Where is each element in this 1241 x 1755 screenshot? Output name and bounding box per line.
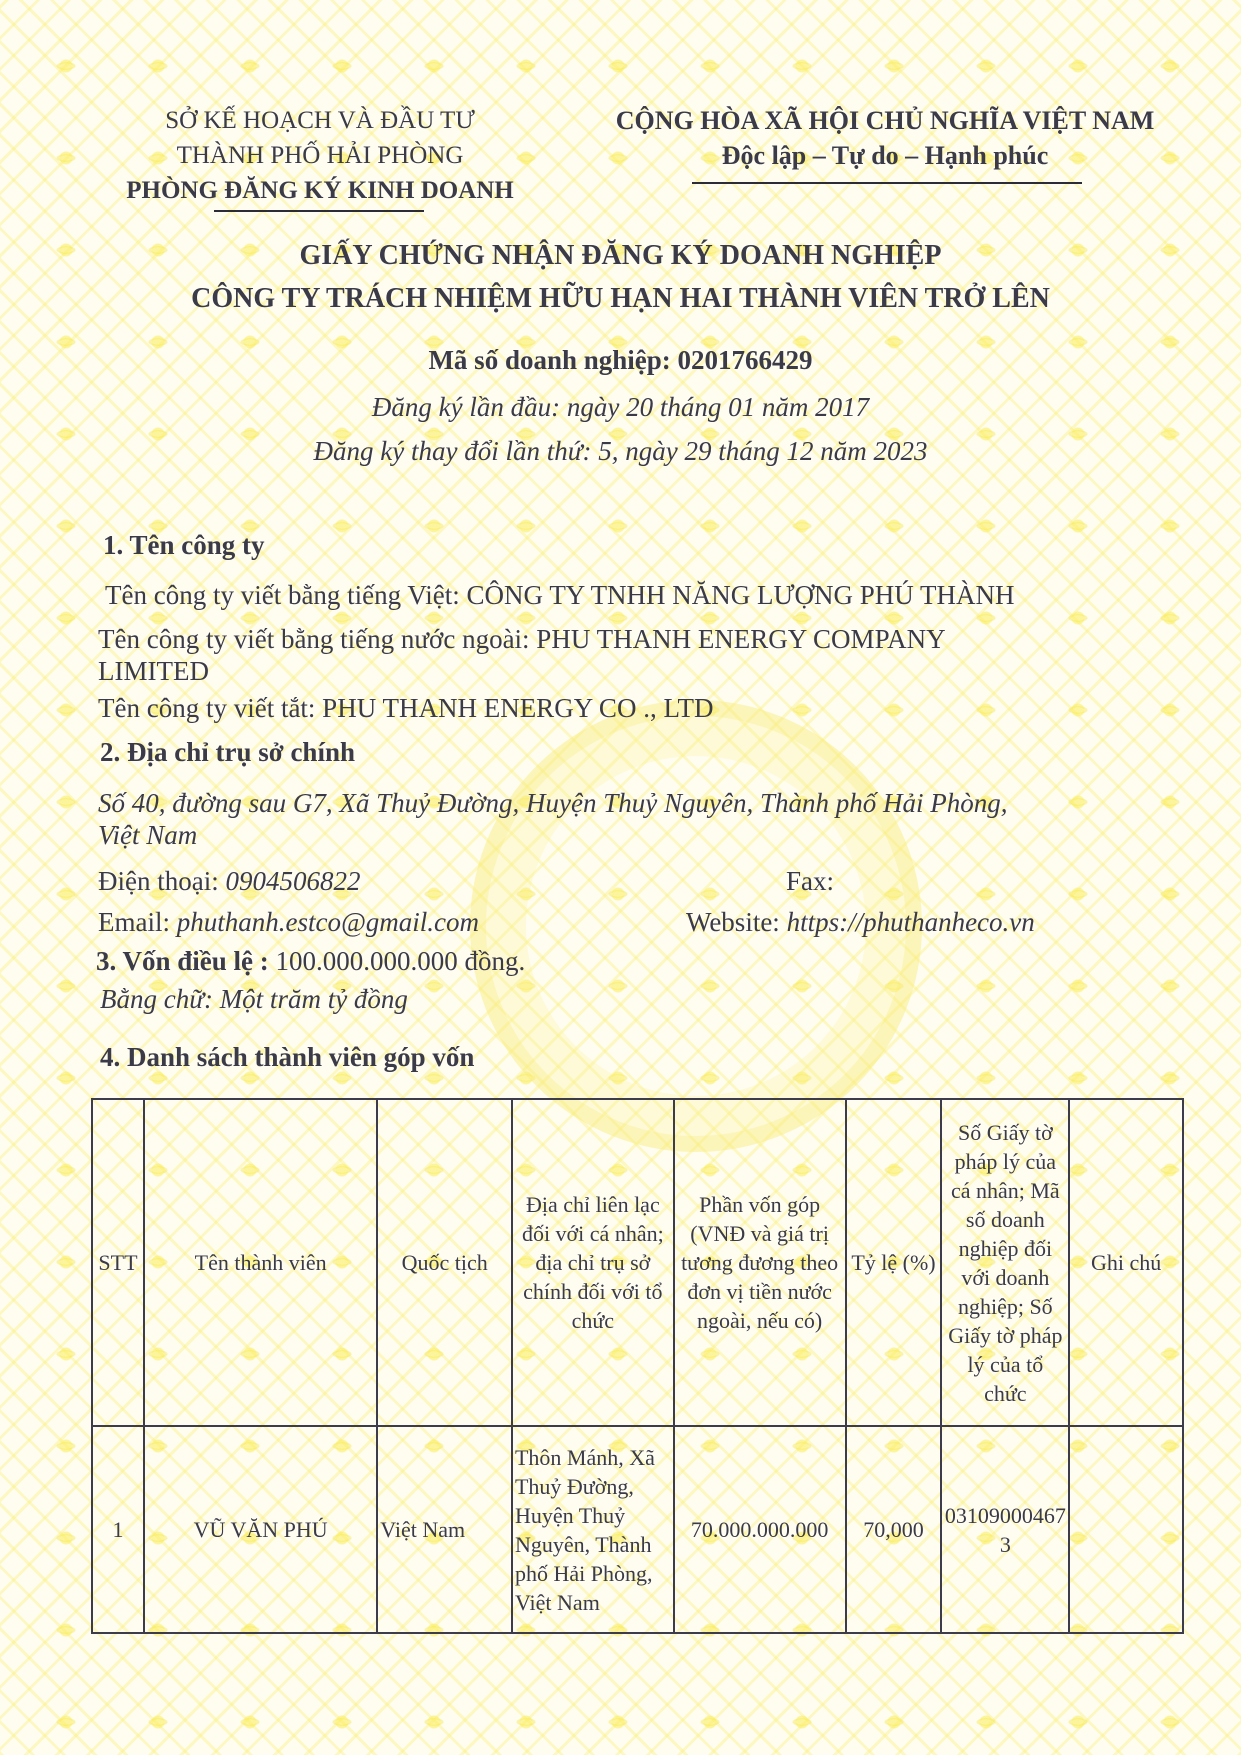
document-title: GIẤY CHỨNG NHẬN ĐĂNG KÝ DOANH NGHIỆP (0, 240, 1241, 272)
company-name-foreign: Tên công ty viết bằng tiếng nước ngoài: … (98, 624, 946, 655)
company-name-vietnamese: Tên công ty viết bằng tiếng Việt: CÔNG T… (105, 580, 1015, 611)
member-capital: 70.000.000.000 (674, 1426, 846, 1633)
website-label: Website: (686, 907, 780, 937)
section4-heading: 4. Danh sách thành viên góp vốn (100, 1042, 474, 1073)
charter-capital-in-words: Bằng chữ: Một trăm tỷ đồng (100, 984, 408, 1015)
section2-heading: 2. Địa chỉ trụ sở chính (100, 737, 355, 768)
member-legal-doc: 031090004673 (941, 1426, 1069, 1633)
fax-label: Fax: (786, 866, 834, 897)
email-value: phuthanh.estco@gmail.com (177, 907, 479, 937)
enterprise-code: Mã số doanh nghiệp: 0201766429 (0, 345, 1241, 376)
company-name-foreign-cont: LIMITED (98, 656, 209, 687)
section1-heading: 1. Tên công ty (103, 530, 265, 561)
motto: Độc lập – Tự do – Hạnh phúc (605, 138, 1165, 173)
column-header: Quốc tịch (377, 1099, 512, 1426)
column-header: Địa chỉ liên lạc đối với cá nhân; địa ch… (512, 1099, 674, 1426)
phone-value: 0904506822 (225, 866, 360, 896)
authority-city: THÀNH PHỐ HẢI PHÒNG (100, 138, 540, 173)
member-nationality: Việt Nam (377, 1426, 512, 1633)
email-label: Email: (98, 907, 170, 937)
member-note (1069, 1426, 1183, 1633)
member-name: VŨ VĂN PHÚ (144, 1426, 377, 1633)
column-header: Số Giấy tờ pháp lý của cá nhân; Mã số do… (941, 1099, 1069, 1426)
member-address: Thôn Mánh, Xã Thuỷ Đường, Huyện Thuỷ Ngu… (512, 1426, 674, 1633)
motto-underline (692, 182, 1082, 184)
table-row: 1 VŨ VĂN PHÚ Việt Nam Thôn Mánh, Xã Thuỷ… (92, 1426, 1183, 1633)
member-ratio: 70,000 (846, 1426, 942, 1633)
website-value: https://phuthanheco.vn (787, 907, 1035, 937)
column-header: STT (92, 1099, 144, 1426)
table-header-row: STT Tên thành viên Quốc tịch Địa chỉ liê… (92, 1099, 1183, 1426)
change-registration-date: Đăng ký thay đổi lần thứ: 5, ngày 29 thá… (0, 436, 1241, 467)
head-office-address: Số 40, đường sau G7, Xã Thuỷ Đường, Huyệ… (98, 788, 1007, 819)
authority-department: SỞ KẾ HOẠCH VÀ ĐẦU TƯ (100, 103, 540, 138)
phone-row: Điện thoại: 0904506822 (98, 866, 360, 897)
first-registration-date: Đăng ký lần đầu: ngày 20 tháng 01 năm 20… (0, 392, 1241, 423)
charter-capital-row: 3. Vốn điều lệ : 100.000.000.000 đồng. (96, 946, 525, 977)
column-header: Tỷ lệ (%) (846, 1099, 942, 1426)
country-name: CỘNG HÒA XÃ HỘI CHỦ NGHĨA VIỆT NAM (605, 103, 1165, 138)
email-row: Email: phuthanh.estco@gmail.com (98, 907, 479, 938)
column-header: Ghi chú (1069, 1099, 1183, 1426)
member-stt: 1 (92, 1426, 144, 1633)
phone-label: Điện thoại: (98, 866, 219, 896)
section3-heading: 3. Vốn điều lệ : (96, 946, 269, 976)
column-header: Tên thành viên (144, 1099, 377, 1426)
column-header: Phần vốn góp (VNĐ và giá trị tương đương… (674, 1099, 846, 1426)
authority-underline (214, 210, 424, 212)
issuing-authority: SỞ KẾ HOẠCH VÀ ĐẦU TƯ THÀNH PHỐ HẢI PHÒN… (100, 103, 540, 208)
charter-capital-value: 100.000.000.000 đồng. (276, 946, 526, 976)
website-row: Website: https://phuthanheco.vn (686, 907, 1035, 938)
national-motto: CỘNG HÒA XÃ HỘI CHỦ NGHĨA VIỆT NAM Độc l… (605, 103, 1165, 173)
authority-office: PHÒNG ĐĂNG KÝ KINH DOANH (100, 173, 540, 208)
members-table: STT Tên thành viên Quốc tịch Địa chỉ liê… (91, 1098, 1184, 1634)
company-type: CÔNG TY TRÁCH NHIỆM HỮU HẠN HAI THÀNH VI… (0, 283, 1241, 315)
company-name-short: Tên công ty viết tắt: PHU THANH ENERGY C… (98, 693, 713, 724)
head-office-address-cont: Việt Nam (98, 820, 197, 851)
